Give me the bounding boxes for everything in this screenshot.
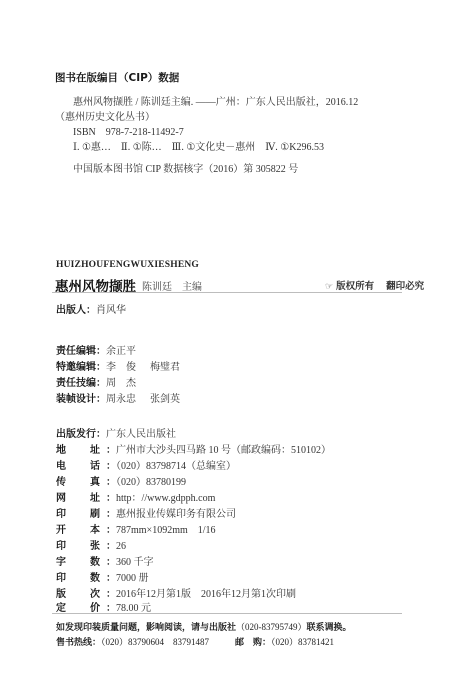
credit-value-2: 梅璧君 (150, 362, 180, 373)
credit-value-2: 张剑英 (150, 394, 180, 405)
credit-row: 责任编辑：余正平 (56, 342, 136, 357)
credit-label: 责任编辑： (56, 342, 106, 357)
colon: ： (106, 477, 116, 488)
info-key-1: 版 (56, 585, 90, 600)
info-value: （020）83780199 (116, 477, 186, 488)
info-value: http：//www.gdpph.com (116, 493, 215, 504)
info-value: 广州市大沙头四马路 10 号（邮政编码：510102） (116, 445, 331, 456)
info-key-2: 数 (90, 569, 106, 584)
info-row-edition: 版次：2016年12月第1版 2016年12月第1次印刷 (56, 585, 296, 600)
bottom-divider (52, 613, 402, 614)
info-row-phone: 电话：（020）83798714（总编室） (56, 457, 236, 472)
pointing-hand-icon: ☞ (325, 282, 333, 292)
info-key-2: 真 (90, 473, 106, 488)
info-row-fax: 传真：（020）83780199 (56, 473, 186, 488)
credit-label: 特邀编辑： (56, 358, 106, 373)
info-value: 26 (116, 541, 126, 552)
cip-series-line: （惠州历史文化丛书） (55, 108, 155, 123)
info-row-website: 网址：http：//www.gdpph.com (56, 489, 215, 504)
book-title-pinyin: HUIZHOUFENGWUXIESHENG (56, 260, 199, 270)
info-key-2: 刷 (90, 505, 106, 520)
distributor-label: 出版发行： (56, 429, 106, 440)
publisher-person-row: 出版人：肖风华 (56, 298, 126, 317)
publisher-person-value: 肖风华 (96, 305, 126, 316)
info-key-1: 印 (56, 505, 90, 520)
colon: ： (106, 461, 116, 472)
info-key-1: 字 (56, 553, 90, 568)
info-key-1: 传 (56, 473, 90, 488)
info-row-price: 定价：78.00 元 (56, 599, 151, 614)
info-row-print-run: 印数：7000 册 (56, 569, 149, 584)
info-key-1: 印 (56, 537, 90, 552)
reprint-prohibited: 翻印必究 (386, 281, 424, 292)
book-editor: 陈训廷 主编 (142, 278, 202, 293)
colon: ： (106, 573, 116, 584)
credit-row: 特邀编辑：李 俊梅璧君 (56, 358, 180, 373)
colon: ： (106, 541, 116, 552)
mail-order-value: （020）83781421 (271, 637, 334, 647)
credit-row: 装帧设计：周永忠张剑英 (56, 390, 180, 405)
cip-record-number: 中国版本图书馆 CIP 数据核字（2016）第 305822 号 (73, 160, 298, 175)
credit-label: 装帧设计： (56, 390, 106, 405)
credit-row: 责任技编：周 杰 (56, 374, 136, 389)
credit-label: 责任技编： (56, 374, 106, 389)
info-value: 惠州报业传媒印务有限公司 (116, 509, 236, 520)
info-key-2: 次 (90, 585, 106, 600)
info-row-printer: 印刷：惠州报业传媒印务有限公司 (56, 505, 236, 520)
top-divider (52, 292, 402, 293)
mail-order-label: 邮 购： (235, 638, 271, 648)
info-row-format: 开本：787mm×1092mm 1/16 (56, 521, 216, 536)
info-key-2: 本 (90, 521, 106, 536)
publisher-person-label: 出版人： (56, 305, 96, 316)
credit-value: 余正平 (106, 346, 136, 357)
info-key-1: 开 (56, 521, 90, 536)
credit-value: 李 俊 (106, 362, 136, 373)
info-key-1: 印 (56, 569, 90, 584)
copyright-notice: ☞版权所有翻印必究 (325, 278, 424, 292)
info-key-2: 张 (90, 537, 106, 552)
info-value: （020）83798714（总编室） (116, 461, 236, 472)
colon: ： (106, 557, 116, 568)
credit-value: 周 杰 (106, 378, 136, 389)
info-value: 360 千字 (116, 557, 154, 568)
quality-notice: 如发现印装质量问题，影响阅读，请与出版社（020-83795749）联系调换。 (56, 620, 352, 633)
info-key-1: 地 (56, 441, 90, 456)
info-key-2: 价 (90, 599, 106, 614)
info-key-1: 电 (56, 457, 90, 472)
info-key-2: 话 (90, 457, 106, 472)
info-key-1: 网 (56, 489, 90, 504)
info-key-1: 定 (56, 599, 90, 614)
colon: ： (106, 445, 116, 456)
notice-text: 如发现印装质量问题，影响阅读，请与出版社 (56, 623, 236, 633)
info-key-2: 址 (90, 441, 106, 456)
distributor-row: 出版发行：广东人民出版社 (56, 425, 176, 440)
info-value: 787mm×1092mm 1/16 (116, 525, 216, 536)
cip-isbn-line: ISBN 978-7-218-11492-7 (73, 123, 184, 138)
info-key-2: 址 (90, 489, 106, 504)
colon: ： (106, 509, 116, 520)
info-row-sheets: 印张：26 (56, 537, 126, 552)
rights-reserved: 版权所有 (336, 281, 374, 292)
sales-value: （020）83790604 83791487 (101, 637, 209, 647)
cip-classification-line: Ⅰ. ①惠… Ⅱ. ①陈… Ⅲ. ①文化史－惠州 Ⅳ. ①K296.53 (73, 138, 324, 153)
distributor-value: 广东人民出版社 (106, 429, 176, 440)
info-value: 7000 册 (116, 573, 149, 584)
credit-value: 周永忠 (106, 394, 136, 405)
info-row-word-count: 字数：360 千字 (56, 553, 154, 568)
notice-text-end: 联系调换。 (307, 623, 352, 633)
cip-heading: 图书在版编目（CIP）数据 (55, 70, 179, 85)
info-row-address: 地址：广州市大沙头四马路 10 号（邮政编码：510102） (56, 441, 331, 456)
colon: ： (106, 493, 116, 504)
sales-label: 售书热线： (56, 638, 101, 648)
sales-hotline-row: 售书热线：（020）83790604 83791487邮 购：（020）8378… (56, 635, 334, 648)
info-key-2: 数 (90, 553, 106, 568)
colon: ： (106, 525, 116, 536)
notice-phone: （020-83795749） (236, 622, 307, 632)
cip-title-line: 惠州风物撷胜 / 陈训廷主编. ——广州：广东人民出版社，2016.12 (73, 93, 358, 108)
